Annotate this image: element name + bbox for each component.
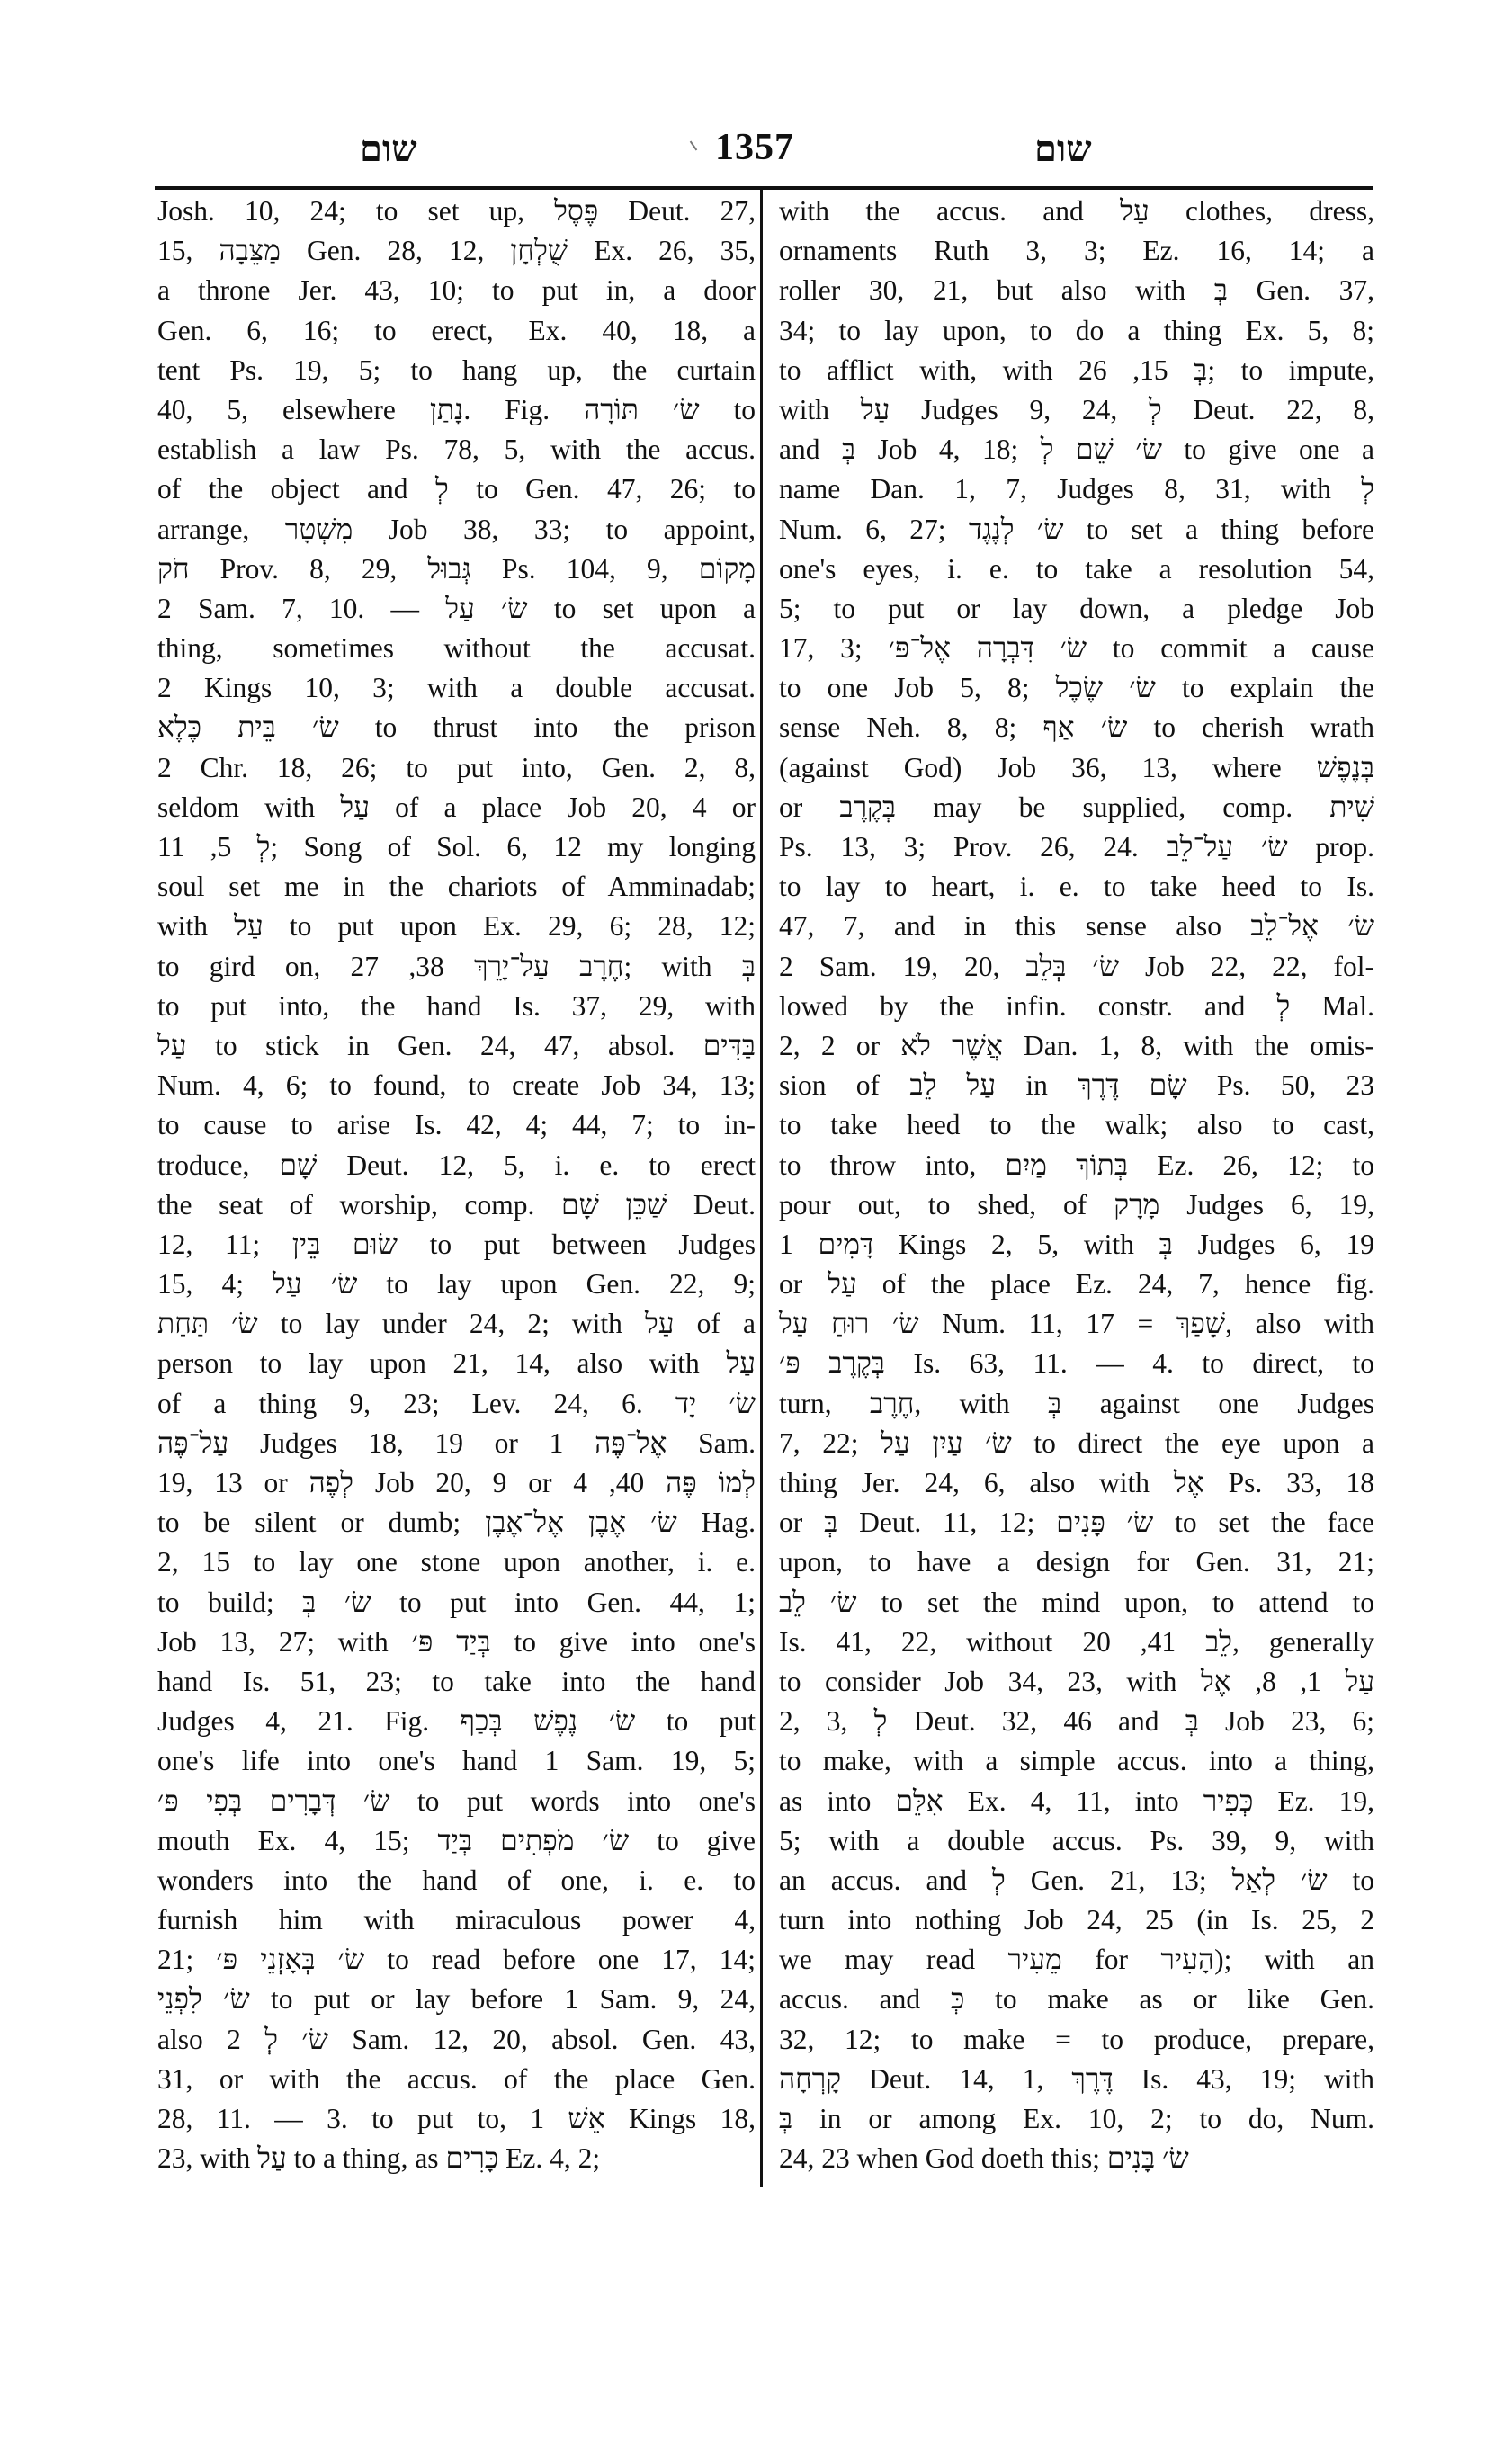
text-line: 2, 3, לְ Deut. 32, 46 and בְּ Job 23, 6; bbox=[779, 1702, 1374, 1741]
text-line: to throw into, בְּתוֹךְ מַיִם Ez. 26, 12… bbox=[779, 1146, 1374, 1185]
text-line: 2 Kings 10, 3; with a double accusat. bbox=[157, 668, 756, 708]
text-line: roller 30, 21, but also with בְּ Gen. 37… bbox=[779, 271, 1374, 310]
text-line: or בְּ Deut. 11, 12; שׂ׳ פָּנִים to set … bbox=[779, 1503, 1374, 1542]
running-header: שום 1357 שום bbox=[153, 115, 1376, 178]
text-line: and בְּ Job 4, 18; שׂ׳ שֵׁם לְ to give o… bbox=[779, 430, 1374, 469]
text-line: (against God) Job 36, 13, where בְּנֶפֶש… bbox=[779, 748, 1374, 788]
text-line: hand Is. 51, 23; to take into the hand bbox=[157, 1662, 756, 1702]
text-line: 17, 3; שׂ׳ דִּבְרָה אֶל־פּ׳ to commit a … bbox=[779, 629, 1374, 668]
text-line: we may read מֵעִיר for הָעִיר); with an bbox=[779, 1940, 1374, 1980]
text-line: establish a law Ps. 78, 5, with the accu… bbox=[157, 430, 756, 469]
text-line: שׂ׳ רוּחַ עַל Num. 11, 17 = שָׁפַךְ, als… bbox=[779, 1304, 1374, 1344]
text-line: person to lay upon 21, 14, also with עַל bbox=[157, 1344, 756, 1383]
text-line: שׂ׳ בֵּית כֶּלֶא to thrust into the pris… bbox=[157, 708, 756, 747]
text-line: or בְּקֶרֶב may be supplied, comp. שִׁית bbox=[779, 788, 1374, 827]
text-line: 2, 15 to lay one stone upon another, i. … bbox=[157, 1542, 756, 1582]
text-line: turn into nothing Job 24, 25 (in Is. 25,… bbox=[779, 1900, 1374, 1940]
text-line: 12, 11; שׂוּם בֵּין to put between Judge… bbox=[157, 1225, 756, 1265]
text-line: of a thing 9, 23; Lev. 24, 6. שׂ׳ יָד bbox=[157, 1384, 756, 1424]
text-line: 31, or with the accus. of the place Gen. bbox=[157, 2060, 756, 2099]
text-line: soul set me in the chariots of Amminadab… bbox=[157, 867, 756, 907]
right-column: with the accus. and עַל clothes, dress,o… bbox=[779, 192, 1374, 2178]
text-line: mouth Ex. 4, 15; שׂ׳ מֹפְתִים בְּיַד to … bbox=[157, 1821, 756, 1861]
text-line: קָרְחָה Deut. 14, 1, דֶּרֶךְ Is. 43, 19;… bbox=[779, 2060, 1374, 2099]
text-line: or עַל of the place Ez. 24, 7, hence fig… bbox=[779, 1265, 1374, 1304]
text-line: 19, 13 or לְפֶה Job 20, 9 or לְמוֹ פֶּה … bbox=[157, 1463, 756, 1503]
text-line: Num. 6, 27; שׂ׳ לְנֶגֶד to set a thing b… bbox=[779, 510, 1374, 550]
text-line: שׂ׳ לֵב to set the mind upon, to attend … bbox=[779, 1583, 1374, 1623]
text-line: to afflict with, with בְּ 15, 26; to imp… bbox=[779, 351, 1374, 390]
text-line: ornaments Ruth 3, 3; Ez. 16, 14; a bbox=[779, 231, 1374, 271]
text-line: Job 13, 27; with בְּיַד פּ׳ to give into… bbox=[157, 1623, 756, 1662]
text-line: with the accus. and עַל clothes, dress, bbox=[779, 192, 1374, 231]
right-headword: שום bbox=[1034, 128, 1092, 170]
text-line: tent Ps. 19, 5; to hang up, the curtain bbox=[157, 351, 756, 390]
text-line: 24, 23 when God doeth this; שׂ׳ בָּנִים bbox=[779, 2139, 1374, 2178]
text-line: חֹק Prov. 8, 29, גְּבוּל Ps. 104, 9, מָק… bbox=[157, 550, 756, 589]
text-line: turn, חֶרֶב, with בְּ against one Judges bbox=[779, 1384, 1374, 1424]
text-line: בְּ in or among Ex. 10, 2; to do, Num. bbox=[779, 2099, 1374, 2139]
text-line: 28, 11. — 3. to put to, אֵשׁ 1 Kings 18, bbox=[157, 2099, 756, 2139]
text-line: name Dan. 1, 7, Judges 8, 31, with לְ bbox=[779, 469, 1374, 509]
column-divider bbox=[760, 189, 763, 2187]
text-line: 32, 12; to make = to produce, prepare, bbox=[779, 2020, 1374, 2060]
text-line: to gird on, חֶרֶב עַל־יָרֵךְ 38, 27; wit… bbox=[157, 947, 756, 987]
text-line: בְּקֶרֶב פּ׳ Is. 63, 11. — 4. to direct,… bbox=[779, 1344, 1374, 1383]
text-line: 5; to put or lay down, a pledge Job bbox=[779, 589, 1374, 629]
text-line: שׂ׳ תַּחַת to lay under 24, 2; with עַל … bbox=[157, 1304, 756, 1344]
text-line: one's life into one's hand 1 Sam. 19, 5; bbox=[157, 1741, 756, 1781]
text-line: Gen. 6, 16; to erect, Ex. 40, 18, a bbox=[157, 311, 756, 351]
text-line: to cause to arise Is. 42, 4; 44, 7; to i… bbox=[157, 1105, 756, 1145]
text-line: sense Neh. 8, 8; שׂ׳ אַף to cherish wrat… bbox=[779, 708, 1374, 747]
text-line: upon, to have a design for Gen. 31, 21; bbox=[779, 1542, 1374, 1582]
text-line: with עַל Judges 9, 24, לְ Deut. 22, 8, bbox=[779, 390, 1374, 430]
text-line: 5; with a double accus. Ps. 39, 9, with bbox=[779, 1821, 1374, 1861]
text-line: to build; שׂ׳ בְּ to put into Gen. 44, 1… bbox=[157, 1583, 756, 1623]
text-line: 2 Sam. 19, 20, שׂ׳ בְּלֵב Job 22, 22, fo… bbox=[779, 947, 1374, 987]
text-line: also שׂ׳ לְ 2 Sam. 12, 20, absol. Gen. 4… bbox=[157, 2020, 756, 2060]
text-line: שׂ׳ לִפְנֵי to put or lay before 1 Sam. … bbox=[157, 1980, 756, 2019]
text-line: a throne Jer. 43, 10; to put in, a door bbox=[157, 271, 756, 310]
text-line: Josh. 10, 24; to set up, פֶּסֶל Deut. 27… bbox=[157, 192, 756, 231]
text-line: pour out, to shed, of מָרָק Judges 6, 19… bbox=[779, 1185, 1374, 1225]
text-line: to one Job 5, 8; שׂ׳ שֶׂכֶל to explain t… bbox=[779, 668, 1374, 708]
text-line: seldom with עַל of a place Job 20, 4 or bbox=[157, 788, 756, 827]
text-line: one's eyes, i. e. to take a resolution 5… bbox=[779, 550, 1374, 589]
text-line: 40, 5, elsewhere נָתַן. Fig. שׂ׳ תּוֹרָה… bbox=[157, 390, 756, 430]
text-line: of the object and לְ to Gen. 47, 26; to bbox=[157, 469, 756, 509]
text-line: as into אִלֵּם Ex. 4, 11, into כְּפִיר E… bbox=[779, 1782, 1374, 1821]
header-rule bbox=[155, 186, 1373, 190]
text-line: 23, with עַל to a thing, as כָּרִים Ez. … bbox=[157, 2139, 756, 2178]
text-line: to put into, the hand Is. 37, 29, with bbox=[157, 987, 756, 1026]
text-line: עַל to stick in Gen. 24, 47, absol. בַּד… bbox=[157, 1026, 756, 1066]
text-line: an accus. and לְ Gen. 21, 13; שׂ׳ לְאַל … bbox=[779, 1861, 1374, 1900]
text-line: דָּמִים 1 Kings 2, 5, with בְּ Judges 6,… bbox=[779, 1225, 1374, 1265]
text-line: accus. and כְּ to make as or like Gen. bbox=[779, 1980, 1374, 2019]
text-line: lowed by the infin. constr. and לְ Mal. bbox=[779, 987, 1374, 1026]
text-line: 2, 2 or אֲשֶׁר לֹא Dan. 1, 8, with the o… bbox=[779, 1026, 1374, 1066]
text-line: to make, with a simple accus. into a thi… bbox=[779, 1741, 1374, 1781]
text-line: עַל־פֶּה Judges 18, 19 or אֶל־פֶּה 1 Sam… bbox=[157, 1424, 756, 1463]
page-number: 1357 bbox=[715, 126, 794, 169]
text-line: Judges 4, 21. Fig. שׂ׳ נֶפֶשׁ בְּכַף to … bbox=[157, 1702, 756, 1741]
text-line: 15, מַצֵּבָה Gen. 28, 12, שֻׁלְחָן Ex. 2… bbox=[157, 231, 756, 271]
text-line: 7, 22; שׂ׳ עַיִן עַל to direct the eye u… bbox=[779, 1424, 1374, 1463]
text-line: Is. 41, 22, without לֵב 41, 20, generall… bbox=[779, 1623, 1374, 1662]
text-line: Ps. 13, 3; Prov. 26, 24. שׂ׳ עַל־לֵב pro… bbox=[779, 827, 1374, 867]
text-line: שׂ׳ דְּבָרִים בְּפִי פּ׳ to put words in… bbox=[157, 1782, 756, 1821]
text-line: 47, 7, and in this sense also שׂ׳ אֶל־לֵ… bbox=[779, 907, 1374, 946]
text-line: troduce, שָׁם Deut. 12, 5, i. e. to erec… bbox=[157, 1146, 756, 1185]
text-line: to lay to heart, i. e. to take heed to I… bbox=[779, 867, 1374, 907]
left-column: Josh. 10, 24; to set up, פֶּסֶל Deut. 27… bbox=[157, 192, 756, 2178]
text-line: 2 Sam. 7, 10. — שׂ׳ עַל to set upon a bbox=[157, 589, 756, 629]
text-line: sion of עַל לֵב in שָׂם דֶּרֶךְ Ps. 50, … bbox=[779, 1066, 1374, 1105]
print-mark bbox=[690, 141, 698, 151]
text-line: thing, sometimes without the accusat. bbox=[157, 629, 756, 668]
text-line: to consider Job 34, 23, with עַל 1, 8, א… bbox=[779, 1662, 1374, 1702]
left-headword: שום bbox=[360, 128, 417, 170]
text-line: Num. 4, 6; to found, to create Job 34, 1… bbox=[157, 1066, 756, 1105]
text-line: thing Jer. 24, 6, also with אֶל Ps. 33, … bbox=[779, 1463, 1374, 1503]
text-line: to be silent or dumb; שׂ׳ אֶבֶן אֶל־אֶבֶ… bbox=[157, 1503, 756, 1542]
text-line: 34; to lay upon, to do a thing Ex. 5, 8; bbox=[779, 311, 1374, 351]
text-line: 15, 4; שׂ׳ עַל to lay upon Gen. 22, 9; bbox=[157, 1265, 756, 1304]
text-line: with עַל to put upon Ex. 29, 6; 28, 12; bbox=[157, 907, 756, 946]
text-line: לְ 5, 11; Song of Sol. 6, 12 my longing bbox=[157, 827, 756, 867]
text-line: arrange, מִשְׁטָר Job 38, 33; to appoint… bbox=[157, 510, 756, 550]
text-line: to take heed to the walk; also to cast, bbox=[779, 1105, 1374, 1145]
text-line: 2 Chr. 18, 26; to put into, Gen. 2, 8, bbox=[157, 748, 756, 788]
text-line: 21; שׂ׳ בְּאָזְנֵי פּ׳ to read before on… bbox=[157, 1940, 756, 1980]
text-line: the seat of worship, comp. שַׁכֵּן שָׁם … bbox=[157, 1185, 756, 1225]
text-line: furnish him with miraculous power 4, bbox=[157, 1900, 756, 1940]
text-line: wonders into the hand of one, i. e. to bbox=[157, 1861, 756, 1900]
